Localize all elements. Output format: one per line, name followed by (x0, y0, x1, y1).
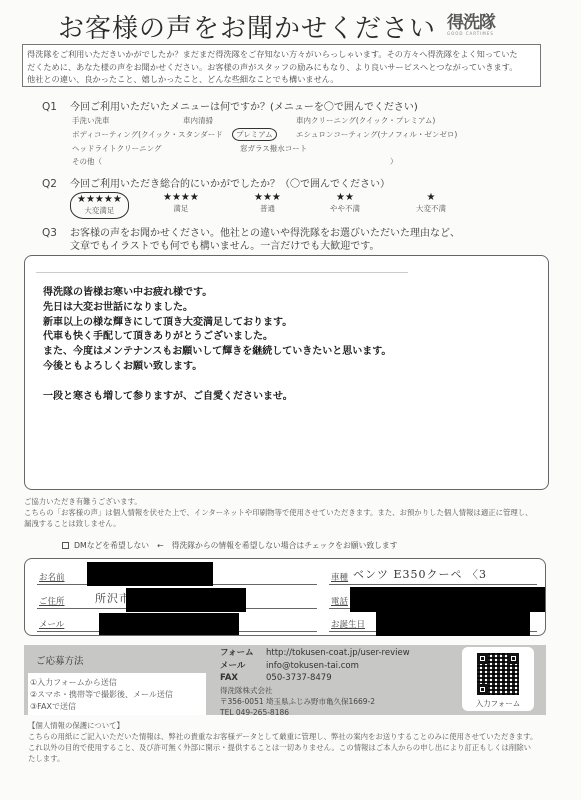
intro-line: 他社との違い、良かったこと、嬉しかったこと、どんな些細なことでも構いません。 (27, 73, 536, 86)
rating-option-1[interactable]: ★ 大変不満 (416, 192, 446, 214)
arrow-left-icon: ← (157, 541, 164, 550)
review-line (43, 375, 391, 390)
menu-option-interior-deep-cleaning[interactable]: 車内クリーニング(クイック・プレミアム) (296, 115, 435, 126)
question-2: Q2今回ご利用いただき総合的にいかがでしたか？（〇で囲んでください） (42, 175, 390, 190)
form-url-link[interactable]: http://tokusen-coat.jp/user-review (266, 648, 410, 658)
car-model-value: ベンツ E350クーペ 〈3 (353, 566, 487, 582)
rating-label: やや不満 (330, 203, 360, 214)
apply-methods-list: ①入力フォームから送信 ②スマホ・携帯等で撮影後、メール送信 ③FAXで送信 (28, 673, 206, 715)
car-model-field[interactable]: 車種 ベンツ E350クーペ 〈3 (329, 565, 537, 585)
question-number: Q3 (42, 227, 70, 239)
email-label: メール (39, 618, 64, 630)
intro-line: だくために、あなた様の声をお聞かせください。お客様の声がスタッフの励みにもなり、… (27, 61, 536, 74)
fax-number: 050-3737-8479 (266, 673, 332, 683)
qr-finder-icon (508, 653, 519, 664)
review-line: 今後ともよろしくお願い致します。 (43, 360, 391, 375)
review-line: 新車以上の様な輝きにして頂き大変満足しております。 (43, 316, 391, 331)
rating-option-2[interactable]: ★★ やや不満 (330, 192, 360, 214)
question-1: Q1今回ご利用いただいたメニューは何ですか？(メニューを〇で囲んでください) (42, 98, 418, 113)
thanks-line: ご協力いただき有難うございます。 (24, 496, 554, 507)
qr-finder-icon (477, 653, 488, 664)
rating-option-4[interactable]: ★★★★ 満足 (163, 192, 199, 214)
birthday-redaction (376, 612, 530, 636)
phone-label: 電話 (331, 595, 348, 607)
apply-method-item: ②スマホ・携帯等で撮影後、メール送信 (30, 689, 204, 701)
apply-method-item: ③FAXで送信 (30, 701, 204, 713)
company-phone: TEL 049-265-8186 (220, 707, 410, 718)
address-label: ご住所 (39, 595, 65, 607)
company-logo: 得洗隊 GOOD CARTIMES (447, 8, 495, 36)
question-text: 文章でもイラストでも何でも構いません。一言だけでも大歓迎です。 (70, 241, 380, 252)
name-redaction (87, 562, 213, 586)
dm-optout-label: DMなどを希望しない (74, 541, 149, 550)
email-redaction (99, 613, 239, 635)
menu-option-window-coat[interactable]: 窓ガラス撥水コート (240, 143, 307, 154)
apply-title: ご応募方法 (36, 653, 84, 667)
stars-icon: ★★★ (254, 192, 281, 203)
birthday-label: お誕生日 (331, 618, 365, 630)
thanks-line: 漏洩することは致しません。 (24, 518, 554, 529)
address-redaction (126, 588, 246, 612)
stars-icon: ★★★★ (163, 192, 199, 203)
form-label: フォーム (220, 647, 266, 660)
intro-box: 得洗隊をご利用いただきいかがでしたか？まだまだ得洗隊をご存知ない方々がいらっしゃ… (22, 44, 541, 87)
name-label: お名前 (39, 571, 65, 583)
rating-label: 普通 (254, 203, 281, 214)
mail-label: メール (220, 660, 266, 673)
customer-info-box: お名前 ご住所 所沢市 メール 車種 ベンツ E350クーペ 〈3 電話 お誕生… (24, 558, 546, 636)
menu-option-headlight-cleaning[interactable]: ヘッドライトクリーニング (72, 143, 161, 154)
rating-label: 大変満足 (77, 205, 122, 216)
apply-method-item: ①入力フォームから送信 (30, 677, 204, 689)
question-number: Q1 (42, 101, 70, 113)
question-text: 今回ご利用いただいたメニューは何ですか？(メニューを〇で囲んでください) (70, 102, 418, 113)
privacy-line: たします。 (28, 753, 558, 764)
phone-redaction (350, 587, 545, 612)
question-text: 今回ご利用いただき総合的にいかがでしたか？（〇で囲んでください） (70, 179, 390, 190)
review-content: 得洗隊の皆様お寒い中お疲れ様です。 先日は大変お世話になりました。 新車以上の様… (43, 286, 391, 404)
menu-option-echelon-coating[interactable]: エシュロンコーティング(ナノフィル・ゼンゼロ) (296, 129, 457, 140)
rating-label: 満足 (163, 203, 199, 214)
rating-option-5-selected[interactable]: ★★★★★ 大変満足 (70, 192, 129, 219)
company-address: 〒356-0051 埼玉県ふじみ野市亀久保1669-2 (220, 696, 410, 707)
menu-option-other[interactable]: その他（ (72, 156, 102, 167)
fax-label: FAX (220, 672, 266, 685)
menu-option-interior-cleaning[interactable]: 車内清掃 (183, 115, 213, 126)
qr-card[interactable]: 入力フォーム (462, 647, 534, 711)
privacy-notice: 【個人情報の保護について】 こちらの用紙にご記入いただいた情報は、弊社の貴重なお… (28, 720, 558, 764)
review-line: 先日は大変お世話になりました。 (43, 301, 391, 316)
dm-optout-checkbox[interactable] (62, 542, 69, 549)
stars-icon: ★ (416, 192, 446, 203)
intro-line: 得洗隊をご利用いただきいかがでしたか？まだまだ得洗隊をご存知ない方々がいらっしゃ… (27, 48, 536, 61)
thanks-note: ご協力いただき有難うございます。 こちらの「お客様の声」は個人情報を伏せた上で、… (24, 496, 554, 529)
page-title: お客様の声をお聞かせください (58, 8, 436, 45)
privacy-line: これ以外の目的で使用すること、及び許可無く外部に開示・提供することは一切ありませ… (28, 742, 558, 753)
privacy-line: こちらの用紙にご記入いただいた情報は、弊社の貴重なお客様データとして厳重に管理し… (28, 731, 558, 742)
review-line: また、今度はメンテナンスもお願いして輝きを継続していきたいと思います。 (43, 345, 391, 360)
rating-label: 大変不満 (416, 203, 446, 214)
email-link[interactable]: info@tokusen-tai.com (266, 661, 359, 671)
application-methods-panel: ご応募方法 ①入力フォームから送信 ②スマホ・携帯等で撮影後、メール送信 ③FA… (24, 645, 546, 715)
review-line: 一段と寒さも増して参りますが、ご自愛くださいませ。 (43, 390, 391, 405)
rating-option-3[interactable]: ★★★ 普通 (254, 192, 281, 214)
stars-icon: ★★★★★ (77, 194, 122, 205)
qr-label: 入力フォーム (462, 698, 534, 709)
dm-optout-row: DMなどを希望しない←得洗隊からの情報を希望しない場合はチェックをお願い致します (62, 540, 398, 551)
menu-option-hand-wash[interactable]: 手洗い洗車 (72, 115, 110, 126)
qr-code-icon[interactable] (477, 653, 519, 695)
qr-finder-icon (477, 684, 488, 695)
thanks-line: こちらの「お客様の声」は個人情報を伏せた上で、インターネットや印刷物等で使用させ… (24, 507, 554, 518)
review-line: 代車も快く手配して頂きありがとうございました。 (43, 330, 391, 345)
logo-text: 得洗隊 (447, 13, 495, 33)
review-line: 得洗隊の皆様お寒い中お疲れ様です。 (43, 286, 391, 301)
question-number: Q2 (42, 178, 70, 190)
company-name: 得洗隊株式会社 (220, 685, 410, 696)
logo-subtext: GOOD CARTIMES (447, 31, 495, 36)
contact-info: フォームhttp://tokusen-coat.jp/user-review メ… (220, 647, 410, 718)
menu-option-body-coating[interactable]: ボディコーティング(クイック・スタンダード (72, 129, 223, 140)
privacy-heading: 【個人情報の保護について】 (28, 720, 558, 731)
menu-option-premium-selected[interactable]: プレミアム (232, 128, 277, 141)
menu-option-other-close: ） (390, 156, 398, 167)
car-model-label: 車種 (331, 571, 348, 583)
stars-icon: ★★ (330, 192, 360, 203)
question-3-line-2: 文章でもイラストでも何でも構いません。一言だけでも大歓迎です。 (70, 237, 380, 252)
dm-optout-note: 得洗隊からの情報を希望しない場合はチェックをお願い致します (172, 541, 398, 550)
